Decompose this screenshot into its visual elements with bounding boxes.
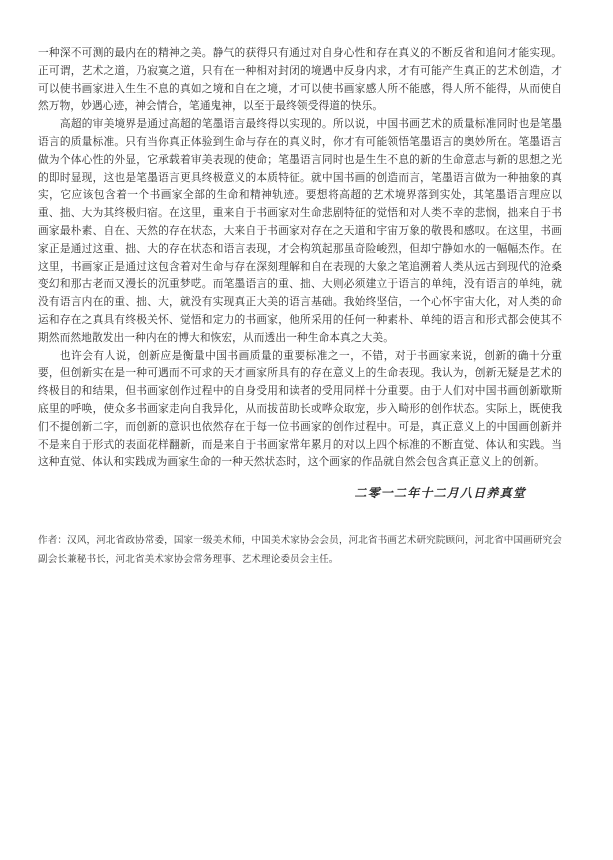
body-paragraph-1: 一种深不可测的最内在的精神之美。静气的获得只有通过对自身心性和存在真义的不断反省…	[38, 45, 562, 116]
dateline-signature: 二零一二年十二月八日养真堂	[38, 485, 562, 503]
body-paragraph-2: 高超的审美境界是通过高超的笔墨语言最终得以实现的。所以说，中国书画艺术的质量标准…	[38, 116, 562, 347]
body-paragraph-3: 也许会有人说，创新应是衡量中国书画质量的重要标准之一，不错，对于书画家来说，创新…	[38, 348, 562, 473]
author-note: 作者：汉风，河北省政协常委，国家一级美术师，中国美术家协会会员，河北省书画艺术研…	[38, 531, 562, 570]
document-body: 一种深不可测的最内在的精神之美。静气的获得只有通过对自身心性和存在真义的不断反省…	[38, 45, 562, 570]
document-page: 一种深不可测的最内在的精神之美。静气的获得只有通过对自身心性和存在真义的不断反省…	[0, 0, 613, 860]
